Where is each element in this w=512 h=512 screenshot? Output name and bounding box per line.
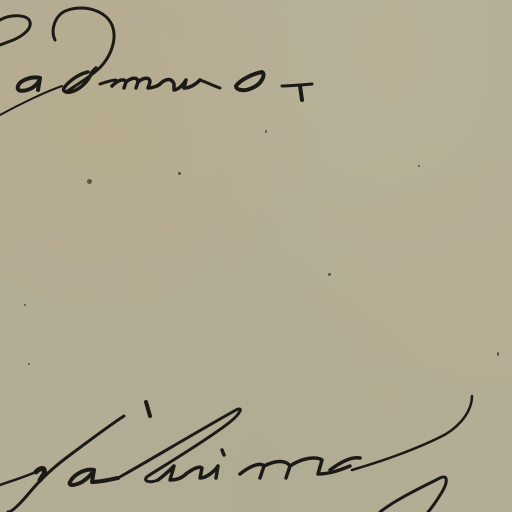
- manuscript-line-2: fàlium: [20, 440, 167, 494]
- handwriting-stroke: [200, 80, 220, 88]
- handwriting-stroke: [222, 450, 224, 455]
- handwriting-stroke: [352, 396, 472, 470]
- handwriting-stroke: [186, 466, 218, 478]
- manuscript-line-1: gdomo.: [0, 55, 127, 95]
- handwriting-stroke: [380, 477, 446, 512]
- handwriting-stroke: [236, 72, 264, 90]
- handwriting-stroke: [160, 80, 200, 91]
- handwriting-stroke: [282, 84, 312, 86]
- handwriting-stroke: [0, 16, 30, 45]
- handwriting-stroke: [300, 86, 302, 100]
- handwriting-stroke: [146, 402, 150, 416]
- manuscript-page: gdomo. fàlium: [0, 0, 512, 512]
